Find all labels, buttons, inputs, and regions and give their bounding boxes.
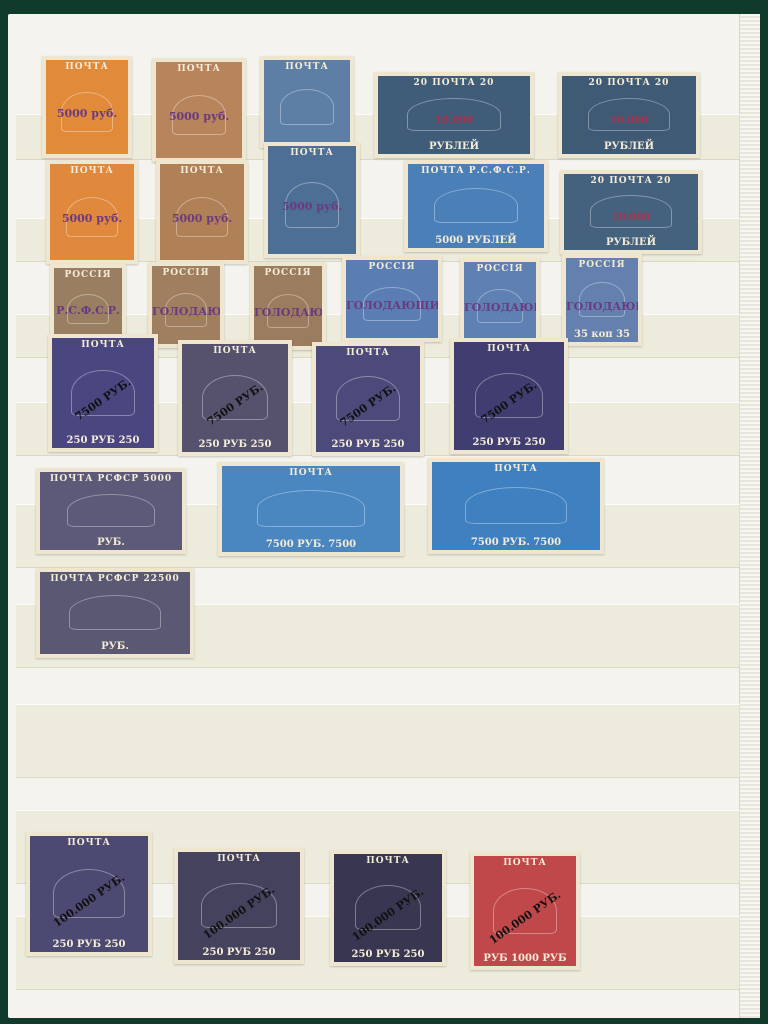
stamp: ПОЧТА5000 руб.	[46, 160, 138, 264]
stamp: ПОЧТА250 РУБ 2507500 РУБ.	[178, 340, 292, 456]
stamp-emblem-icon	[69, 595, 161, 630]
stamp-overprint: ГОЛОДАЮЩИМ	[254, 306, 322, 319]
stamp: ПОЧТА5000 руб.	[264, 142, 360, 258]
stamp-header-text: РОССІЯ	[476, 264, 523, 274]
stamp-header-text: ПОЧТА	[217, 854, 261, 864]
stamp-overprint: ГОЛОДАЮЩИМ	[152, 305, 220, 318]
stamp-overprint: ГОЛОДАЮЩИМ	[464, 301, 536, 314]
stamp: ПОЧТА250 РУБ 2507500 РУБ.	[48, 334, 158, 452]
stamp-header-text: РОССІЯ	[578, 260, 625, 270]
stamp-header-text: ПОЧТА	[65, 62, 109, 72]
stamp-value-text: 250 РУБ 250	[53, 939, 126, 950]
stamp: ПОЧТА	[260, 56, 354, 148]
stamp-value-text: 250 РУБ 250	[67, 435, 140, 446]
stamp-header-text: ПОЧТА	[177, 64, 221, 74]
stamp-header-text: ПОЧТА	[494, 464, 538, 474]
stamp-header-text: ПОЧТА	[346, 348, 390, 358]
stamp: ПОЧТА5000 руб.	[156, 160, 248, 264]
stamp-value-text: 250 РУБ 250	[473, 437, 546, 448]
stamp: РОССІЯГОЛОДАЮЩИМ	[148, 262, 224, 348]
stamp-overprint: 10.000	[562, 115, 696, 126]
stamp: РОССІЯР.С.Ф.С.Р.	[50, 264, 126, 344]
stamp: ПОЧТА Р.С.Ф.С.Р.5000 РУБЛЕЙ	[404, 160, 548, 252]
stamp-emblem-icon	[67, 494, 154, 527]
stamp-value-text: 250 РУБ 250	[199, 439, 272, 450]
stamp-overprint: ГОЛОДАЮЩИМ	[566, 300, 638, 313]
stamp-overprint: Р.С.Ф.С.Р.	[54, 304, 122, 317]
stamp-overprint: ГОЛОДАЮЩИМ	[346, 299, 438, 312]
stamp-emblem-icon	[465, 487, 568, 524]
stamp: РОССІЯ35 коп 35ГОЛОДАЮЩИМ	[562, 254, 642, 346]
page-binding	[739, 14, 760, 1018]
stamp: ПОЧТА7500 РУБ. 7500	[218, 462, 404, 556]
stamp: ПОЧТА250 РУБ 250100.000 РУБ.	[330, 850, 446, 966]
stamp-header-text: РОССІЯ	[64, 270, 111, 280]
stamp-header-text: ПОЧТА	[67, 838, 111, 848]
stamp-header-text: ПОЧТА	[290, 148, 334, 158]
stamp-overprint: 10.000	[564, 212, 698, 223]
stamp-value-text: 250 РУБ 250	[332, 439, 405, 450]
stamp-value-text: РУБЛЕЙ	[606, 237, 656, 248]
stamp-emblem-icon	[434, 188, 518, 224]
stamp-overprint: 5000 руб.	[268, 200, 356, 213]
stamp-header-text: РОССІЯ	[264, 268, 311, 278]
stamp: ПОЧТА250 РУБ 250100.000 РУБ.	[174, 848, 304, 964]
stamp-emblem-icon	[257, 490, 366, 526]
stamp-header-text: ПОЧТА	[503, 858, 547, 868]
stamp-value-text: 250 РУБ 250	[352, 949, 425, 960]
stamp: 20 ПОЧТА 20РУБЛЕЙ10.000	[560, 170, 702, 254]
stamp-emblem-icon	[280, 89, 334, 125]
stamp-header-text: РОССІЯ	[368, 262, 415, 272]
stamp-header-text: 20 ПОЧТА 20	[414, 78, 495, 88]
stamp-header-text: ПОЧТА	[289, 468, 333, 478]
stamp-overprint: 10.000	[378, 115, 530, 126]
stamp-header-text: ПОЧТА	[285, 62, 329, 72]
stamp-value-text: РУБ 1000 РУБ	[483, 953, 566, 964]
stamp-value-text: 7500 РУБ. 7500	[471, 537, 561, 548]
stamp-header-text: РОССІЯ	[162, 268, 209, 278]
stamp-header-text: 20 ПОЧТА 20	[591, 176, 672, 186]
stamp-value-text: РУБЛЕЙ	[429, 141, 479, 152]
stamp: ПОЧТА250 РУБ 2507500 РУБ.	[450, 338, 568, 454]
stamp: РОССІЯГОЛОДАЮЩИМ	[342, 256, 442, 342]
stamp-header-text: ПОЧТА	[70, 166, 114, 176]
stamp-header-text: ПОЧТА	[180, 166, 224, 176]
stamp-header-text: ПОЧТА	[81, 340, 125, 350]
stamp-header-text: 20 ПОЧТА 20	[589, 78, 670, 88]
stamp-value-text: РУБ.	[101, 641, 129, 652]
stamp-overprint: 5000 руб.	[160, 212, 244, 225]
stamp-header-text: ПОЧТА РСФСР 5000	[50, 474, 172, 484]
stamp-value-text: 35 коп 35	[574, 329, 630, 340]
stamp-value-text: 7500 РУБ. 7500	[266, 539, 356, 550]
stamp-value-text: 250 РУБ 250	[203, 947, 276, 958]
stamp: ПОЧТАРУБ 1000 РУБ100.000 РУБ.	[470, 852, 580, 970]
stamp: ПОЧТА5000 руб.	[152, 58, 246, 162]
stamp: ПОЧТА250 РУБ 250100.000 РУБ.	[26, 832, 152, 956]
stamp-header-text: ПОЧТА	[213, 346, 257, 356]
stamp-value-text: РУБ.	[97, 537, 125, 548]
stamp-overprint: 5000 руб.	[156, 110, 242, 123]
stock-strip	[16, 704, 740, 778]
stamp: ПОЧТА РСФСР 22500РУБ.	[36, 568, 194, 658]
stamp-value-text: 5000 РУБЛЕЙ	[435, 235, 516, 246]
stamp-header-text: ПОЧТА Р.С.Ф.С.Р.	[421, 166, 531, 176]
stamp: 20 ПОЧТА 20РУБЛЕЙ10.000	[374, 72, 534, 158]
stamp-header-text: ПОЧТА	[487, 344, 531, 354]
stamp: 20 ПОЧТА 20РУБЛЕЙ10.000	[558, 72, 700, 158]
stamp-overprint: 5000 руб.	[50, 212, 134, 225]
stamp: РОССІЯГОЛОДАЮЩИМ	[460, 258, 540, 344]
stamp-header-text: ПОЧТА	[366, 856, 410, 866]
stamp: ПОЧТА5000 руб.	[42, 56, 132, 158]
stamp: ПОЧТА250 РУБ 2507500 РУБ.	[312, 342, 424, 456]
stamp-overprint: 5000 руб.	[46, 107, 128, 120]
stamp: ПОЧТА РСФСР 5000РУБ.	[36, 468, 186, 554]
stamp: РОССІЯГОЛОДАЮЩИМ	[250, 262, 326, 350]
stamp-value-text: РУБЛЕЙ	[604, 141, 654, 152]
stamp-header-text: ПОЧТА РСФСР 22500	[50, 574, 180, 584]
stamp: ПОЧТА7500 РУБ. 7500	[428, 458, 604, 554]
